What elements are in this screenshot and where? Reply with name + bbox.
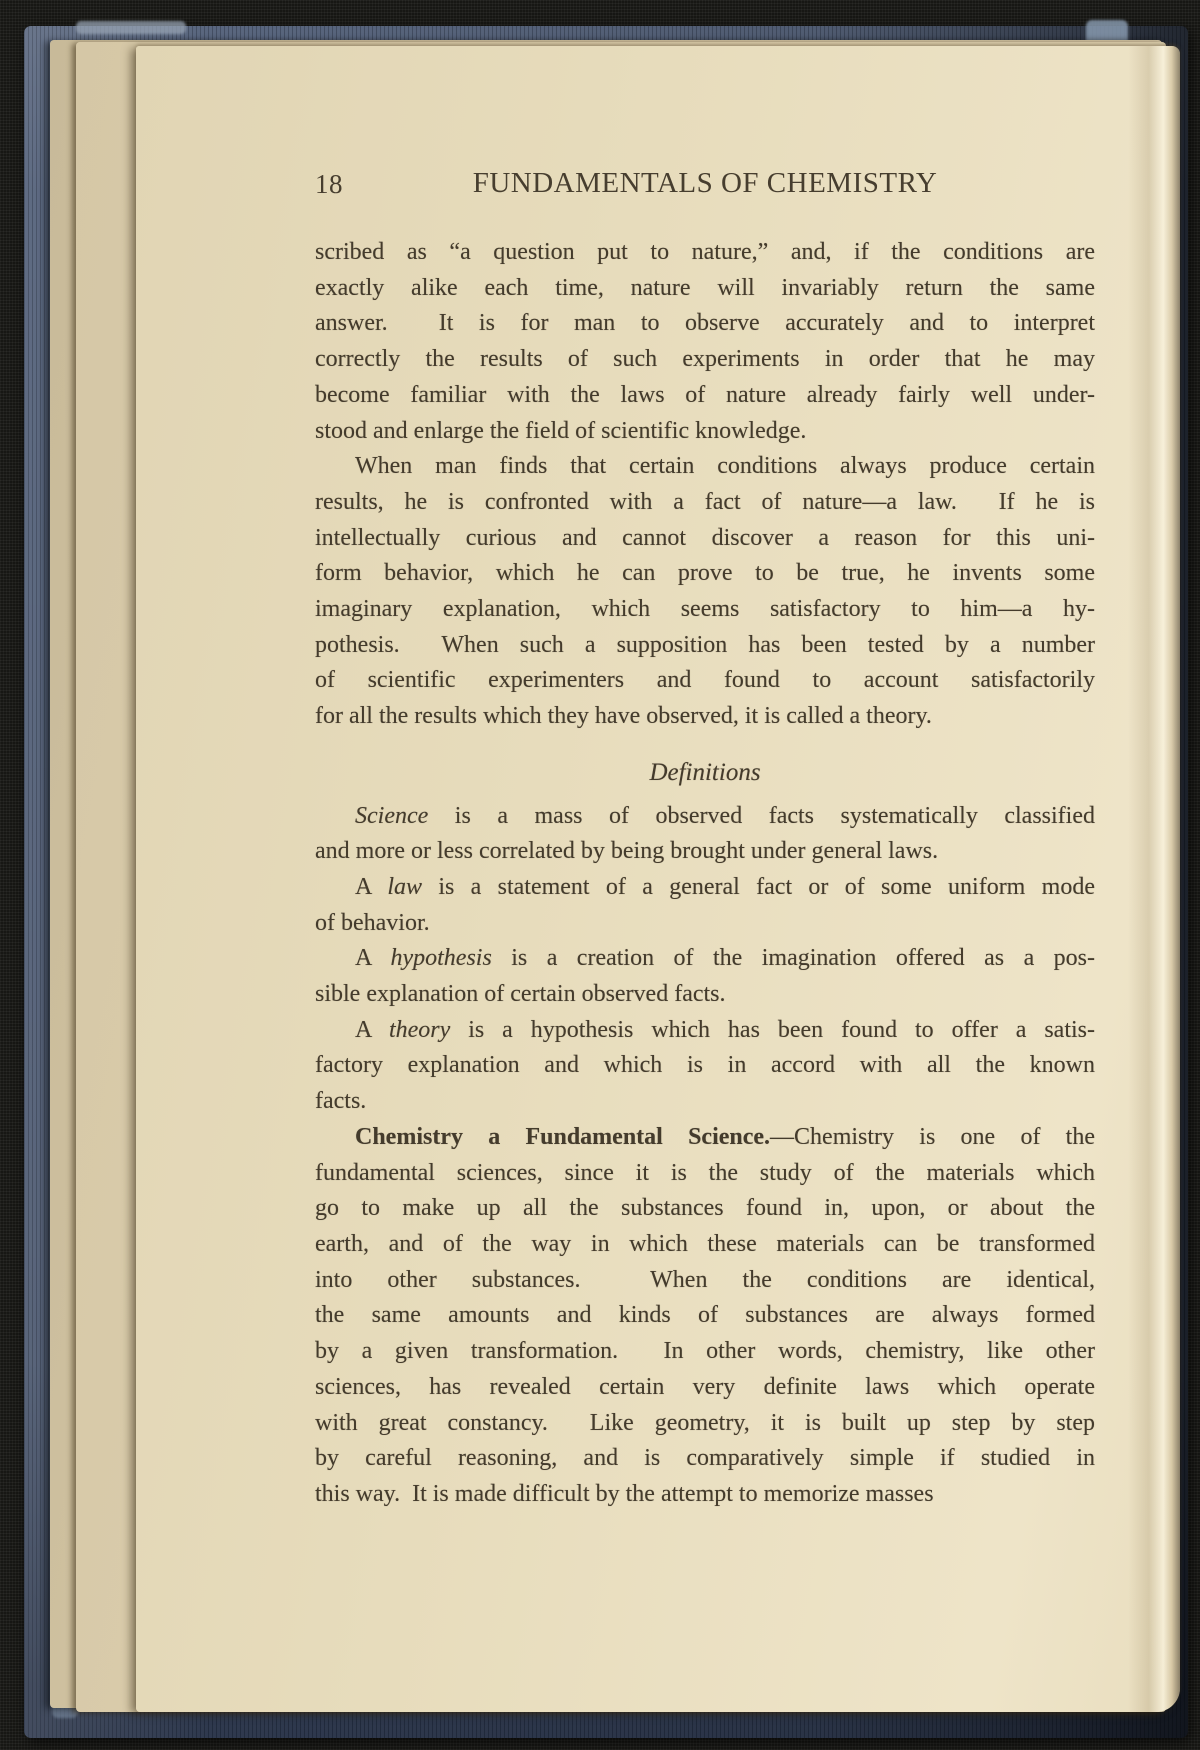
text-line: the same amounts and kinds of substances… bbox=[315, 1298, 1095, 1334]
text-segment: answer. It is for man to observe accurat… bbox=[315, 310, 1095, 336]
text-segment: is a hypothesis which has been found to … bbox=[450, 1017, 1095, 1043]
text-line: of behavior. bbox=[315, 906, 1095, 942]
text-segment: fundamental sciences, since it is the st… bbox=[315, 1160, 1095, 1186]
text-line: A law is a statement of a general fact o… bbox=[315, 870, 1095, 906]
text-segment: scribed as “a question put to nature,” a… bbox=[315, 239, 1095, 265]
text-line: form behavior, which he can prove to be … bbox=[315, 556, 1095, 592]
text-line: go to make up all the substances found i… bbox=[315, 1191, 1095, 1227]
text-segment: A bbox=[355, 1017, 389, 1043]
text-line: stood and enlarge the field of scientifi… bbox=[315, 414, 1095, 450]
text-segment: Science bbox=[355, 803, 428, 829]
text-segment: for all the results which they have obse… bbox=[315, 703, 932, 729]
text-segment: become familiar with the laws of nature … bbox=[315, 382, 1095, 408]
text-line: facts. bbox=[315, 1084, 1095, 1120]
text-line: sciences, has revealed certain very defi… bbox=[315, 1370, 1095, 1406]
running-title: FUNDAMENTALS OF CHEMISTRY bbox=[315, 167, 1095, 200]
text-segment: this way. It is made difficult by the at… bbox=[315, 1481, 934, 1507]
text-segment: —Chemistry is one of the bbox=[770, 1124, 1095, 1150]
text-segment: earth, and of the way in which these mat… bbox=[315, 1231, 1095, 1257]
text-segment: of behavior. bbox=[315, 910, 430, 936]
text-line: imaginary explanation, which seems satis… bbox=[315, 592, 1095, 628]
text-line: When man finds that certain conditions a… bbox=[315, 449, 1095, 485]
text-segment: sciences, has revealed certain very defi… bbox=[315, 1374, 1095, 1400]
text-segment: is a mass of observed facts systematical… bbox=[428, 803, 1095, 829]
text-line: by a given transformation. In other word… bbox=[315, 1334, 1095, 1370]
text-line: exactly alike each time, nature will inv… bbox=[315, 271, 1095, 307]
text-segment: A bbox=[355, 945, 390, 971]
text-segment: facts. bbox=[315, 1088, 366, 1114]
text-line: by careful reasoning, and is comparative… bbox=[315, 1441, 1095, 1477]
text-line: and more or less correlated by being bro… bbox=[315, 834, 1095, 870]
definition-theory: A theory is a hypothesis which has been … bbox=[315, 1013, 1095, 1120]
text-line: of scientific experimenters and found to… bbox=[315, 663, 1095, 699]
text-line: answer. It is for man to observe accurat… bbox=[315, 306, 1095, 342]
text-line: sible explanation of certain observed fa… bbox=[315, 977, 1095, 1013]
definition-hypothesis: A hypothesis is a creation of the imagin… bbox=[315, 941, 1095, 1012]
text-line: earth, and of the way in which these mat… bbox=[315, 1227, 1095, 1263]
page-number: 18 bbox=[315, 169, 343, 200]
text-segment: by careful reasoning, and is comparative… bbox=[315, 1445, 1095, 1471]
text-line: become familiar with the laws of nature … bbox=[315, 378, 1095, 414]
text-segment: with great constancy. Like geometry, it … bbox=[315, 1410, 1095, 1436]
text-segment: is a creation of the imagination offered… bbox=[492, 945, 1095, 971]
text-segment: hypothesis bbox=[390, 945, 491, 971]
text-segment: into other substances. When the conditio… bbox=[315, 1267, 1095, 1293]
text-segment: intellectually curious and cannot discov… bbox=[315, 525, 1095, 551]
text-line: Chemistry a Fundamental Science.—Chemist… bbox=[315, 1120, 1095, 1156]
page-fold-shadow bbox=[1128, 46, 1180, 1712]
definition-law: A law is a statement of a general fact o… bbox=[315, 870, 1095, 941]
text-line: for all the results which they have obse… bbox=[315, 699, 1095, 735]
text-line: A hypothesis is a creation of the imagin… bbox=[315, 941, 1095, 977]
text-segment: pothesis. When such a supposition has be… bbox=[315, 632, 1095, 658]
text-segment: A bbox=[355, 874, 387, 900]
text-segment: law bbox=[387, 874, 422, 900]
text-segment: form behavior, which he can prove to be … bbox=[315, 560, 1095, 586]
text-line: into other substances. When the conditio… bbox=[315, 1263, 1095, 1299]
definitions-heading: Definitions bbox=[315, 755, 1095, 791]
text-segment: results, he is confronted with a fact of… bbox=[315, 489, 1095, 515]
paragraph-chemistry-fundamental-science: Chemistry a Fundamental Science.—Chemist… bbox=[315, 1120, 1095, 1513]
text-line: scribed as “a question put to nature,” a… bbox=[315, 235, 1095, 271]
text-line: A theory is a hypothesis which has been … bbox=[315, 1013, 1095, 1049]
page-text-body: scribed as “a question put to nature,” a… bbox=[315, 235, 1095, 1513]
text-segment: theory bbox=[389, 1017, 450, 1043]
text-segment: sible explanation of certain observed fa… bbox=[315, 981, 726, 1007]
text-segment: Chemistry a Fundamental Science. bbox=[355, 1124, 770, 1150]
cover-wear-mark bbox=[76, 21, 186, 34]
text-segment: by a given transformation. In other word… bbox=[315, 1338, 1095, 1364]
text-segment: stood and enlarge the field of scientifi… bbox=[315, 418, 806, 444]
text-segment: correctly the results of such experiment… bbox=[315, 346, 1095, 372]
text-line: this way. It is made difficult by the at… bbox=[315, 1477, 1095, 1513]
text-segment: imaginary explanation, which seems satis… bbox=[315, 596, 1095, 622]
text-segment: the same amounts and kinds of substances… bbox=[315, 1302, 1095, 1328]
text-line: factory explanation and which is in acco… bbox=[315, 1048, 1095, 1084]
text-line: Science is a mass of observed facts syst… bbox=[315, 799, 1095, 835]
text-segment: factory explanation and which is in acco… bbox=[315, 1052, 1095, 1078]
text-line: with great constancy. Like geometry, it … bbox=[315, 1406, 1095, 1442]
text-segment: When man finds that certain conditions a… bbox=[355, 453, 1095, 479]
text-line: results, he is confronted with a fact of… bbox=[315, 485, 1095, 521]
section-heading-text: Definitions bbox=[649, 759, 760, 786]
page-header: 18 FUNDAMENTALS OF CHEMISTRY bbox=[315, 167, 1095, 207]
book-page: 18 FUNDAMENTALS OF CHEMISTRY scribed as … bbox=[136, 46, 1180, 1712]
book-photo: 18 FUNDAMENTALS OF CHEMISTRY scribed as … bbox=[0, 0, 1200, 1750]
text-segment: go to make up all the substances found i… bbox=[315, 1195, 1095, 1221]
text-segment: of scientific experimenters and found to… bbox=[315, 667, 1095, 693]
definition-science: Science is a mass of observed facts syst… bbox=[315, 799, 1095, 870]
text-line: intellectually curious and cannot discov… bbox=[315, 521, 1095, 557]
text-line: pothesis. When such a supposition has be… bbox=[315, 628, 1095, 664]
paragraph-experiment-continued: scribed as “a question put to nature,” a… bbox=[315, 235, 1095, 449]
text-line: fundamental sciences, since it is the st… bbox=[315, 1156, 1095, 1192]
paragraph-law-hypothesis-theory: When man finds that certain conditions a… bbox=[315, 449, 1095, 735]
text-line: correctly the results of such experiment… bbox=[315, 342, 1095, 378]
text-segment: exactly alike each time, nature will inv… bbox=[315, 275, 1095, 301]
text-segment: and more or less correlated by being bro… bbox=[315, 838, 938, 864]
text-segment: is a statement of a general fact or of s… bbox=[422, 874, 1095, 900]
